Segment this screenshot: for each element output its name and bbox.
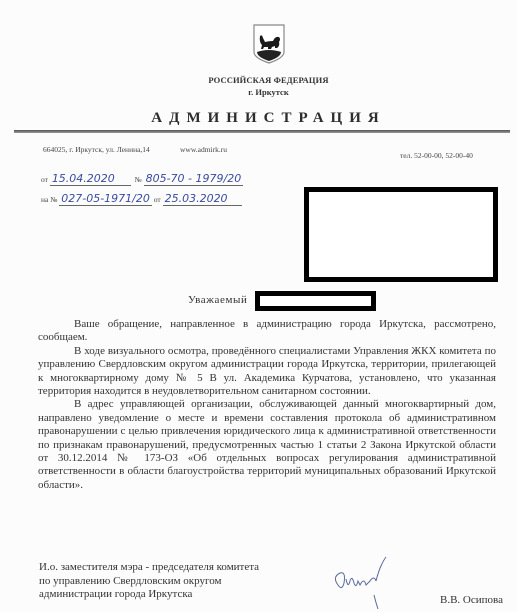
letter-number: 805-70 - 1979/20 bbox=[144, 172, 244, 186]
header-country: РОССИЙСКАЯ ФЕДЕРАЦИЯ bbox=[0, 75, 517, 85]
from-label: от bbox=[41, 175, 48, 184]
coat-of-arms-icon bbox=[253, 24, 285, 64]
letter-date: 15.04.2020 bbox=[50, 172, 131, 186]
header-organization: АДМИНИСТРАЦИЯ bbox=[0, 110, 517, 127]
header-address: 664025, г. Иркутск, ул. Ленина,14 bbox=[43, 145, 150, 154]
greeting: Уважаемый bbox=[188, 294, 247, 306]
redacted-recipient-address bbox=[304, 187, 498, 282]
letter-body: Ваше обращение, направленное в администр… bbox=[38, 318, 496, 492]
signatory-title: И.о. заместителя мэра - председателя ком… bbox=[39, 561, 259, 602]
body-paragraph: Ваше обращение, направленное в администр… bbox=[38, 318, 496, 345]
header-city: г. Иркутск bbox=[0, 87, 517, 97]
outgoing-registration: от 15.04.2020 № 805-70 - 1979/20 bbox=[41, 172, 243, 185]
header-website: www.admirk.ru bbox=[180, 145, 227, 154]
reply-label: на № bbox=[41, 195, 57, 204]
reply-date: 25.03.2020 bbox=[163, 192, 242, 206]
signatory-name: В.В. Осипова bbox=[440, 594, 503, 606]
header-phone: тел. 52-00-00, 52-00-40 bbox=[400, 151, 473, 160]
number-label: № bbox=[135, 175, 142, 184]
body-paragraph: В адрес управляющей организации, обслужи… bbox=[38, 398, 496, 492]
reply-number: 027-05-1971/20 bbox=[59, 192, 152, 206]
handwritten-signature-icon bbox=[330, 555, 390, 610]
body-paragraph: В ходе визуального осмотра, проведённого… bbox=[38, 345, 496, 399]
redacted-recipient-name bbox=[255, 291, 376, 311]
incoming-reference: на № 027-05-1971/20 от 25.03.2020 bbox=[41, 192, 242, 205]
reply-from-label: от bbox=[154, 195, 161, 204]
header-divider bbox=[14, 130, 510, 133]
